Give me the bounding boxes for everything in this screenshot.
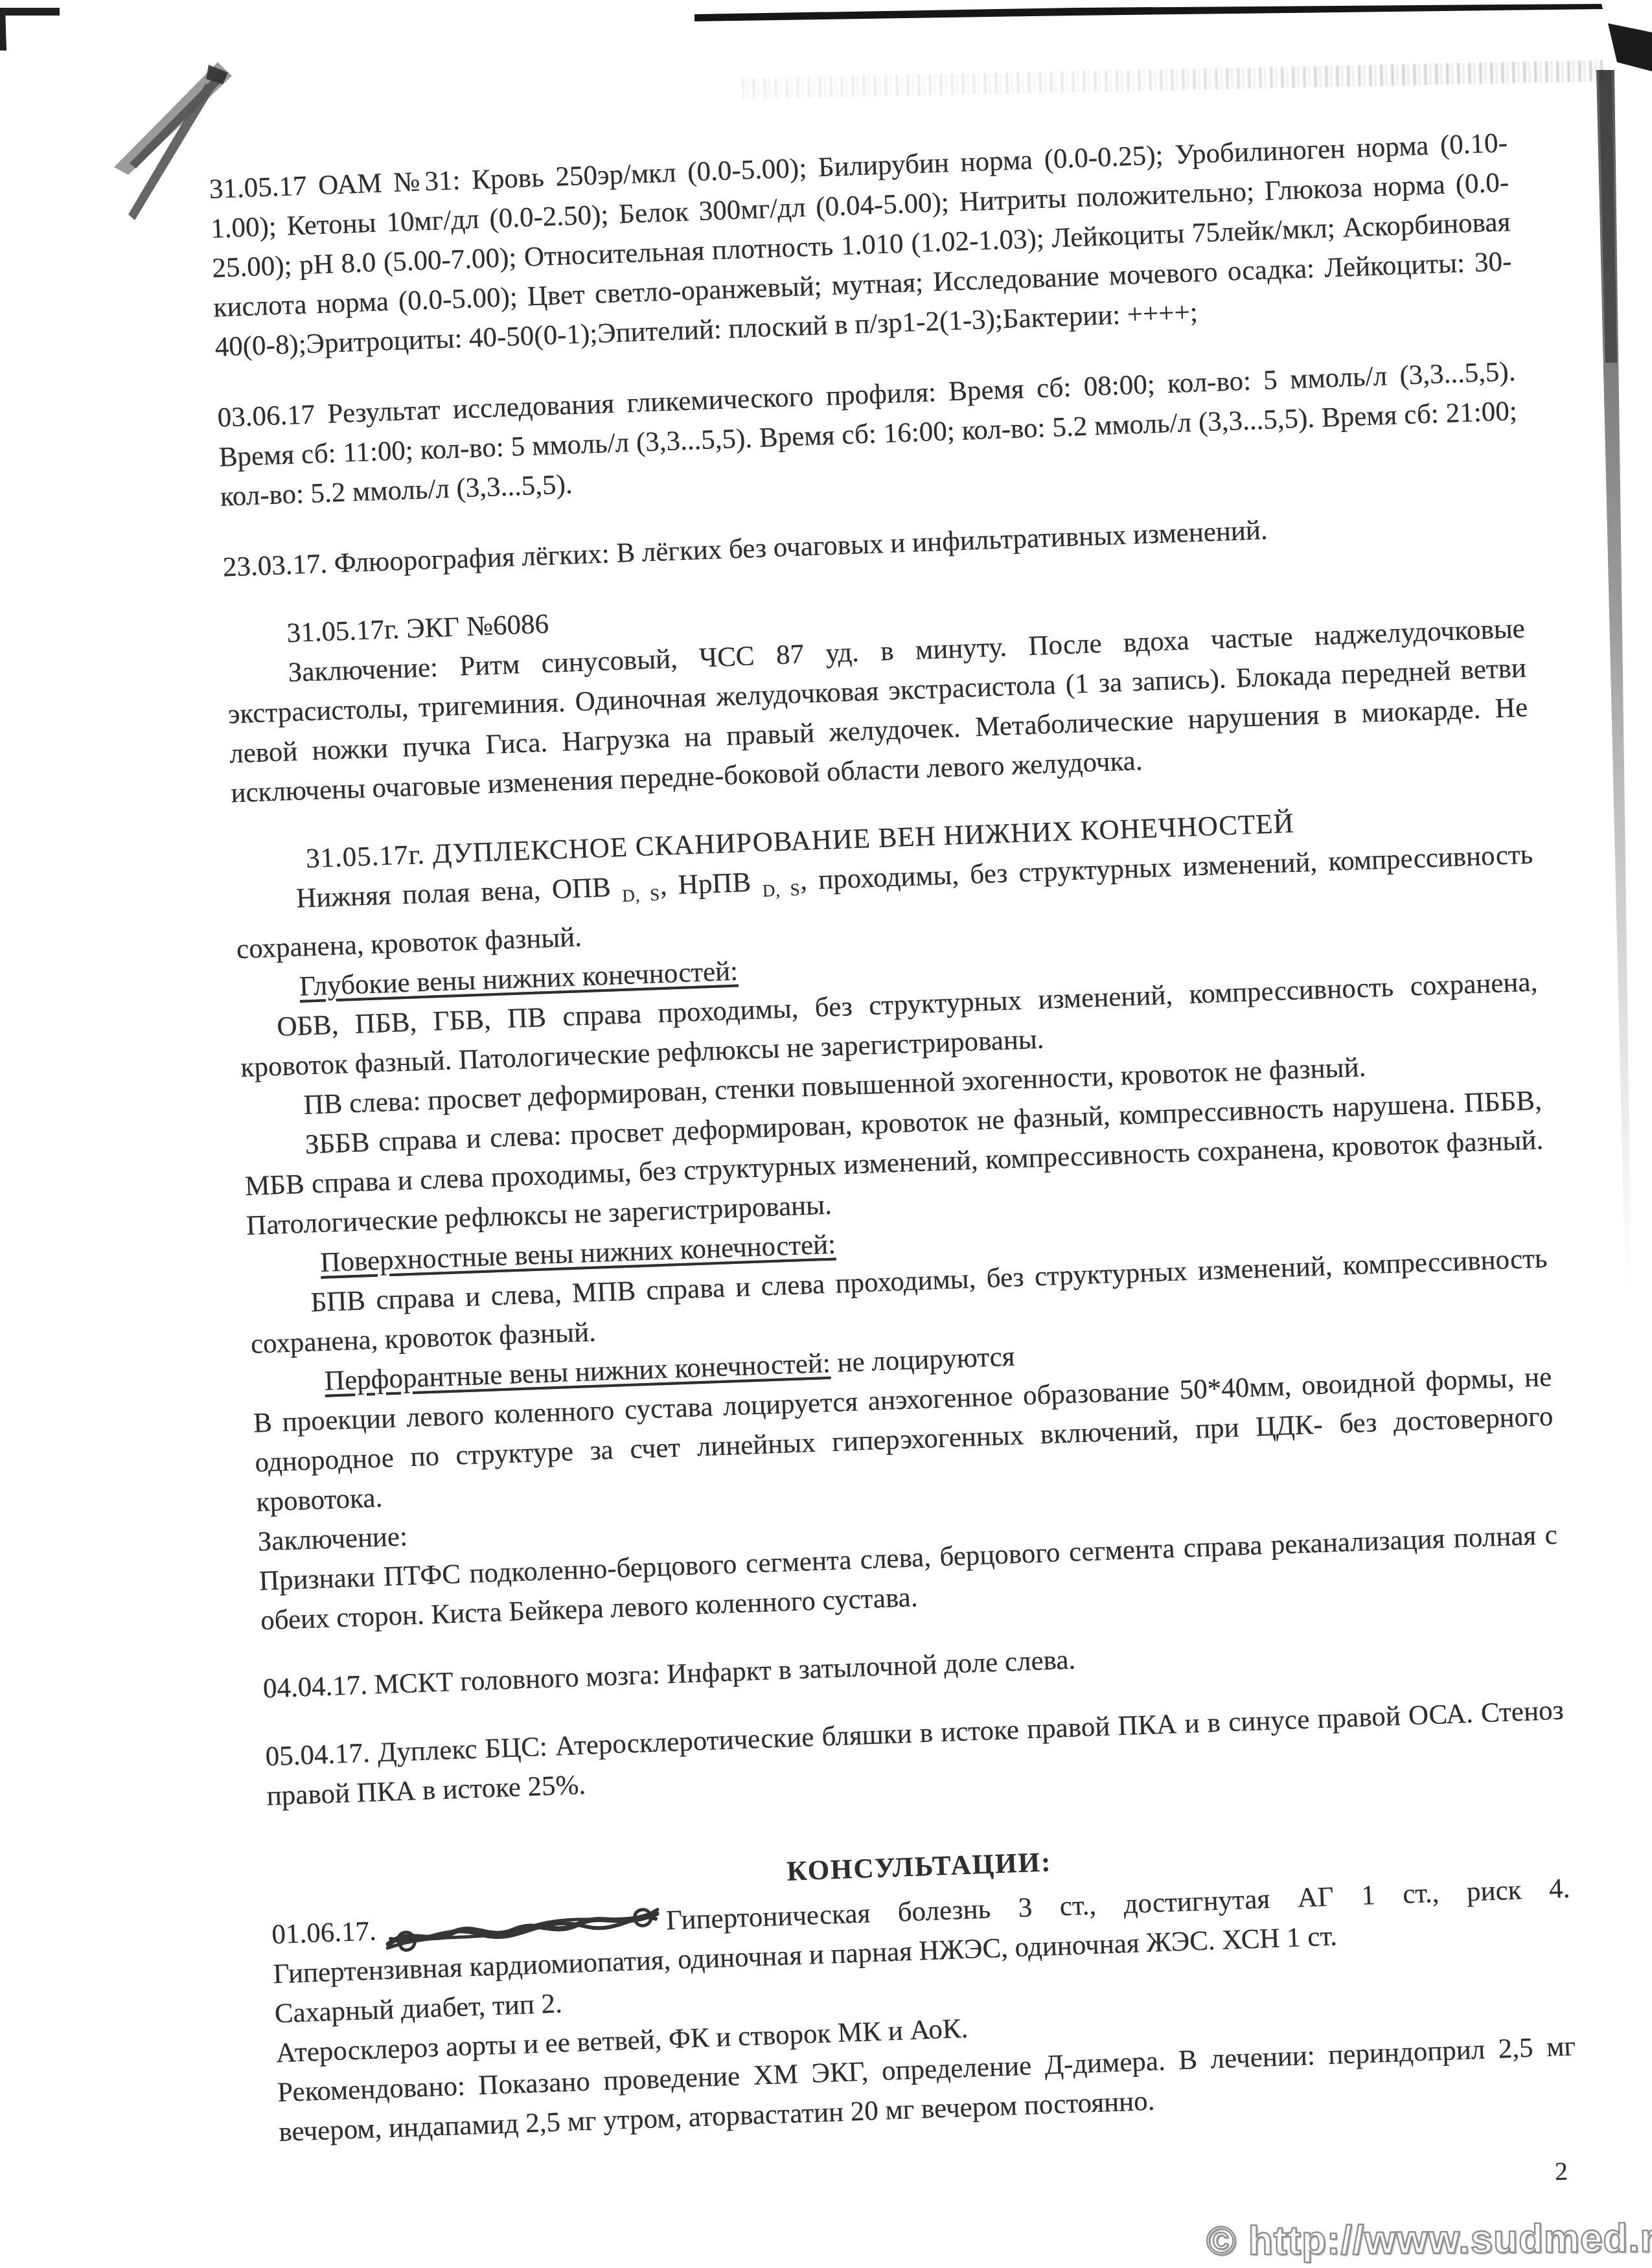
page-edge-shadow (1596, 70, 1631, 1292)
oam-paragraph: 31.05.17 ОАМ №31: Кровь 250эр/мкл (0.0-5… (209, 123, 1514, 367)
top-scan-line (694, 4, 1603, 21)
consultation-date: 01.06.17. (271, 1916, 377, 1951)
document-page: 31.05.17 ОАМ №31: Кровь 250эр/мкл (0.0-5… (209, 123, 1577, 2152)
bcs-duplex-paragraph: 05.04.17. Дуплекс БЦС: Атеросклеротическ… (265, 1691, 1566, 1816)
top-left-corner-line (0, 8, 60, 16)
left-edge-corner-line (0, 8, 6, 51)
watermark-url: © http://www.sudmed.ru (1206, 2216, 1652, 2265)
perforating-veins-note: не лоцируются (830, 1342, 1015, 1379)
fluorography-paragraph: 23.03.17. Флюорография лёгких: В лёгких … (222, 501, 1522, 588)
page-number: 2 (1554, 2156, 1568, 2187)
ivc-text-2: , НрПВ (660, 867, 763, 901)
top-right-corner-artifact (1608, 23, 1652, 71)
ivc-subscript-2: D, S (762, 880, 801, 900)
page-edge-shadow-core (1599, 70, 1617, 363)
msct-paragraph: 04.04.17. МСКТ головного мозга: Инфаркт … (262, 1623, 1562, 1709)
ivc-subscript-1: D, S (622, 885, 661, 906)
glycemic-profile-paragraph: 03.06.17 Результат исследования гликемич… (217, 352, 1519, 517)
ivc-text-1: Нижняя полая вена, ОПВ (296, 872, 623, 914)
smudge-streak (742, 60, 1603, 100)
redaction-scribble (382, 1899, 663, 1953)
